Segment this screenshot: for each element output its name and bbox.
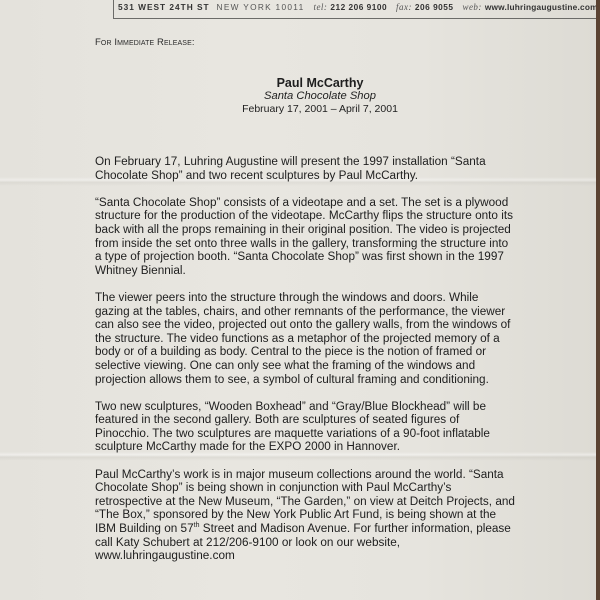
- tel-label: tel:: [313, 2, 327, 12]
- web-label: web:: [462, 2, 482, 12]
- letterhead-city: NEW YORK 10011: [217, 2, 305, 12]
- paragraph-collections: Paul McCarthy’s work is in major museum …: [95, 468, 565, 563]
- letterhead: 531 WEST 24TH ST NEW YORK 10011 tel: 212…: [113, 0, 600, 19]
- paragraph-viewer: The viewer peers into the structure thro…: [95, 291, 565, 386]
- letterhead-tel: 212 206 9100: [330, 2, 387, 12]
- paragraph-installation: “Santa Chocolate Shop” consists of a vid…: [95, 196, 565, 278]
- show-dates: February 17, 2001 – April 7, 2001: [0, 103, 600, 116]
- paper-edge: [596, 0, 600, 600]
- release-body: On February 17, Luhring Augustine will p…: [95, 155, 565, 576]
- exhibition-heading: Paul McCarthy Santa Chocolate Shop Febru…: [0, 76, 600, 116]
- release-label: For Immediate Release:: [95, 37, 195, 48]
- press-release-page: 531 WEST 24TH ST NEW YORK 10011 tel: 212…: [0, 0, 596, 600]
- letterhead-street: 531 WEST 24TH ST: [114, 2, 210, 12]
- letterhead-web: www.luhringaugustine.com: [485, 2, 598, 12]
- paragraph-sculptures: Two new sculptures, “Wooden Boxhead” and…: [95, 400, 565, 454]
- paragraph-intro: On February 17, Luhring Augustine will p…: [95, 155, 565, 182]
- artist-name: Paul McCarthy: [0, 76, 600, 90]
- fax-label: fax:: [396, 2, 412, 12]
- letterhead-fax: 206 9055: [415, 2, 454, 12]
- show-title: Santa Chocolate Shop: [0, 90, 600, 103]
